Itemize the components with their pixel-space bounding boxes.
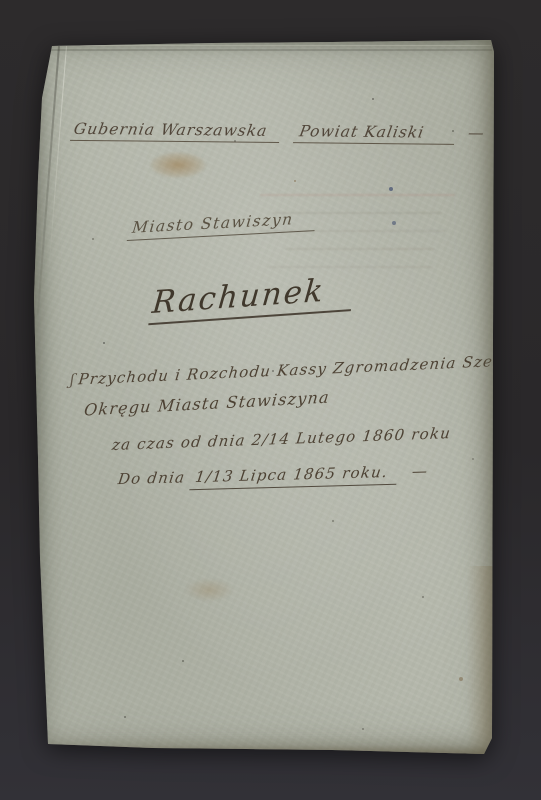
body-line-4-dates: 1/13 Lipca 1865 roku.: [190, 463, 400, 490]
ghost-stroke: [260, 194, 455, 196]
fold-crease-highlight: [49, 46, 67, 265]
manuscript-page: Gubernia WarszawskaPowiat Kaliski— Miast…: [32, 38, 494, 756]
document-title: Rachunek: [149, 271, 354, 321]
body-line-3: za czas od dnia 2/14 Lutego 1860 roku: [112, 424, 452, 454]
paper-specks: [32, 38, 34, 40]
page-stack-edge-shadow: [42, 49, 492, 51]
ink-stain-large: [150, 152, 206, 178]
header-dash: —: [467, 124, 487, 142]
body-line-4-prefix: Do dnia: [117, 468, 187, 488]
ghost-stroke: [285, 248, 435, 250]
fold-crease: [37, 46, 60, 315]
province-name: Gubernia Warszawska: [70, 120, 283, 143]
body-line-4: Do dnia1/13 Lipca 1865 roku.—: [118, 462, 429, 488]
paper-stain-small: [184, 578, 234, 602]
edge-discoloration-bottom: [92, 744, 490, 754]
district-name: Powiat Kaliski: [293, 122, 457, 145]
scan-photo-background: Gubernia WarszawskaPowiat Kaliski— Miast…: [0, 0, 541, 800]
body-line-2: Okręgu Miasta Stawiszyna: [84, 388, 331, 420]
header-line: Gubernia WarszawskaPowiat Kaliski—: [72, 120, 485, 142]
edge-discoloration-right: [460, 566, 494, 756]
title-text: Rachunek: [148, 271, 354, 326]
pen-flourish: ʃ: [69, 370, 76, 388]
paper-sheet: Gubernia WarszawskaPowiat Kaliski— Miast…: [32, 38, 494, 756]
body-line-2-text: Okręgu Miasta Stawiszyna: [83, 387, 331, 419]
ghost-stroke: [268, 266, 433, 268]
body-line-4-dash: —: [411, 462, 430, 480]
page-stack-edge-highlight: [38, 45, 491, 46]
body-line-1-text: Przychodu i Rozchodu Kassy Zgromadzenia …: [77, 349, 541, 388]
body-line-1: ʃPrzychodu i Rozchodu Kassy Zgromadzenia…: [70, 349, 541, 389]
body-line-3-text: za czas od dnia 2/14 Lutego 1860 roku: [111, 424, 452, 454]
